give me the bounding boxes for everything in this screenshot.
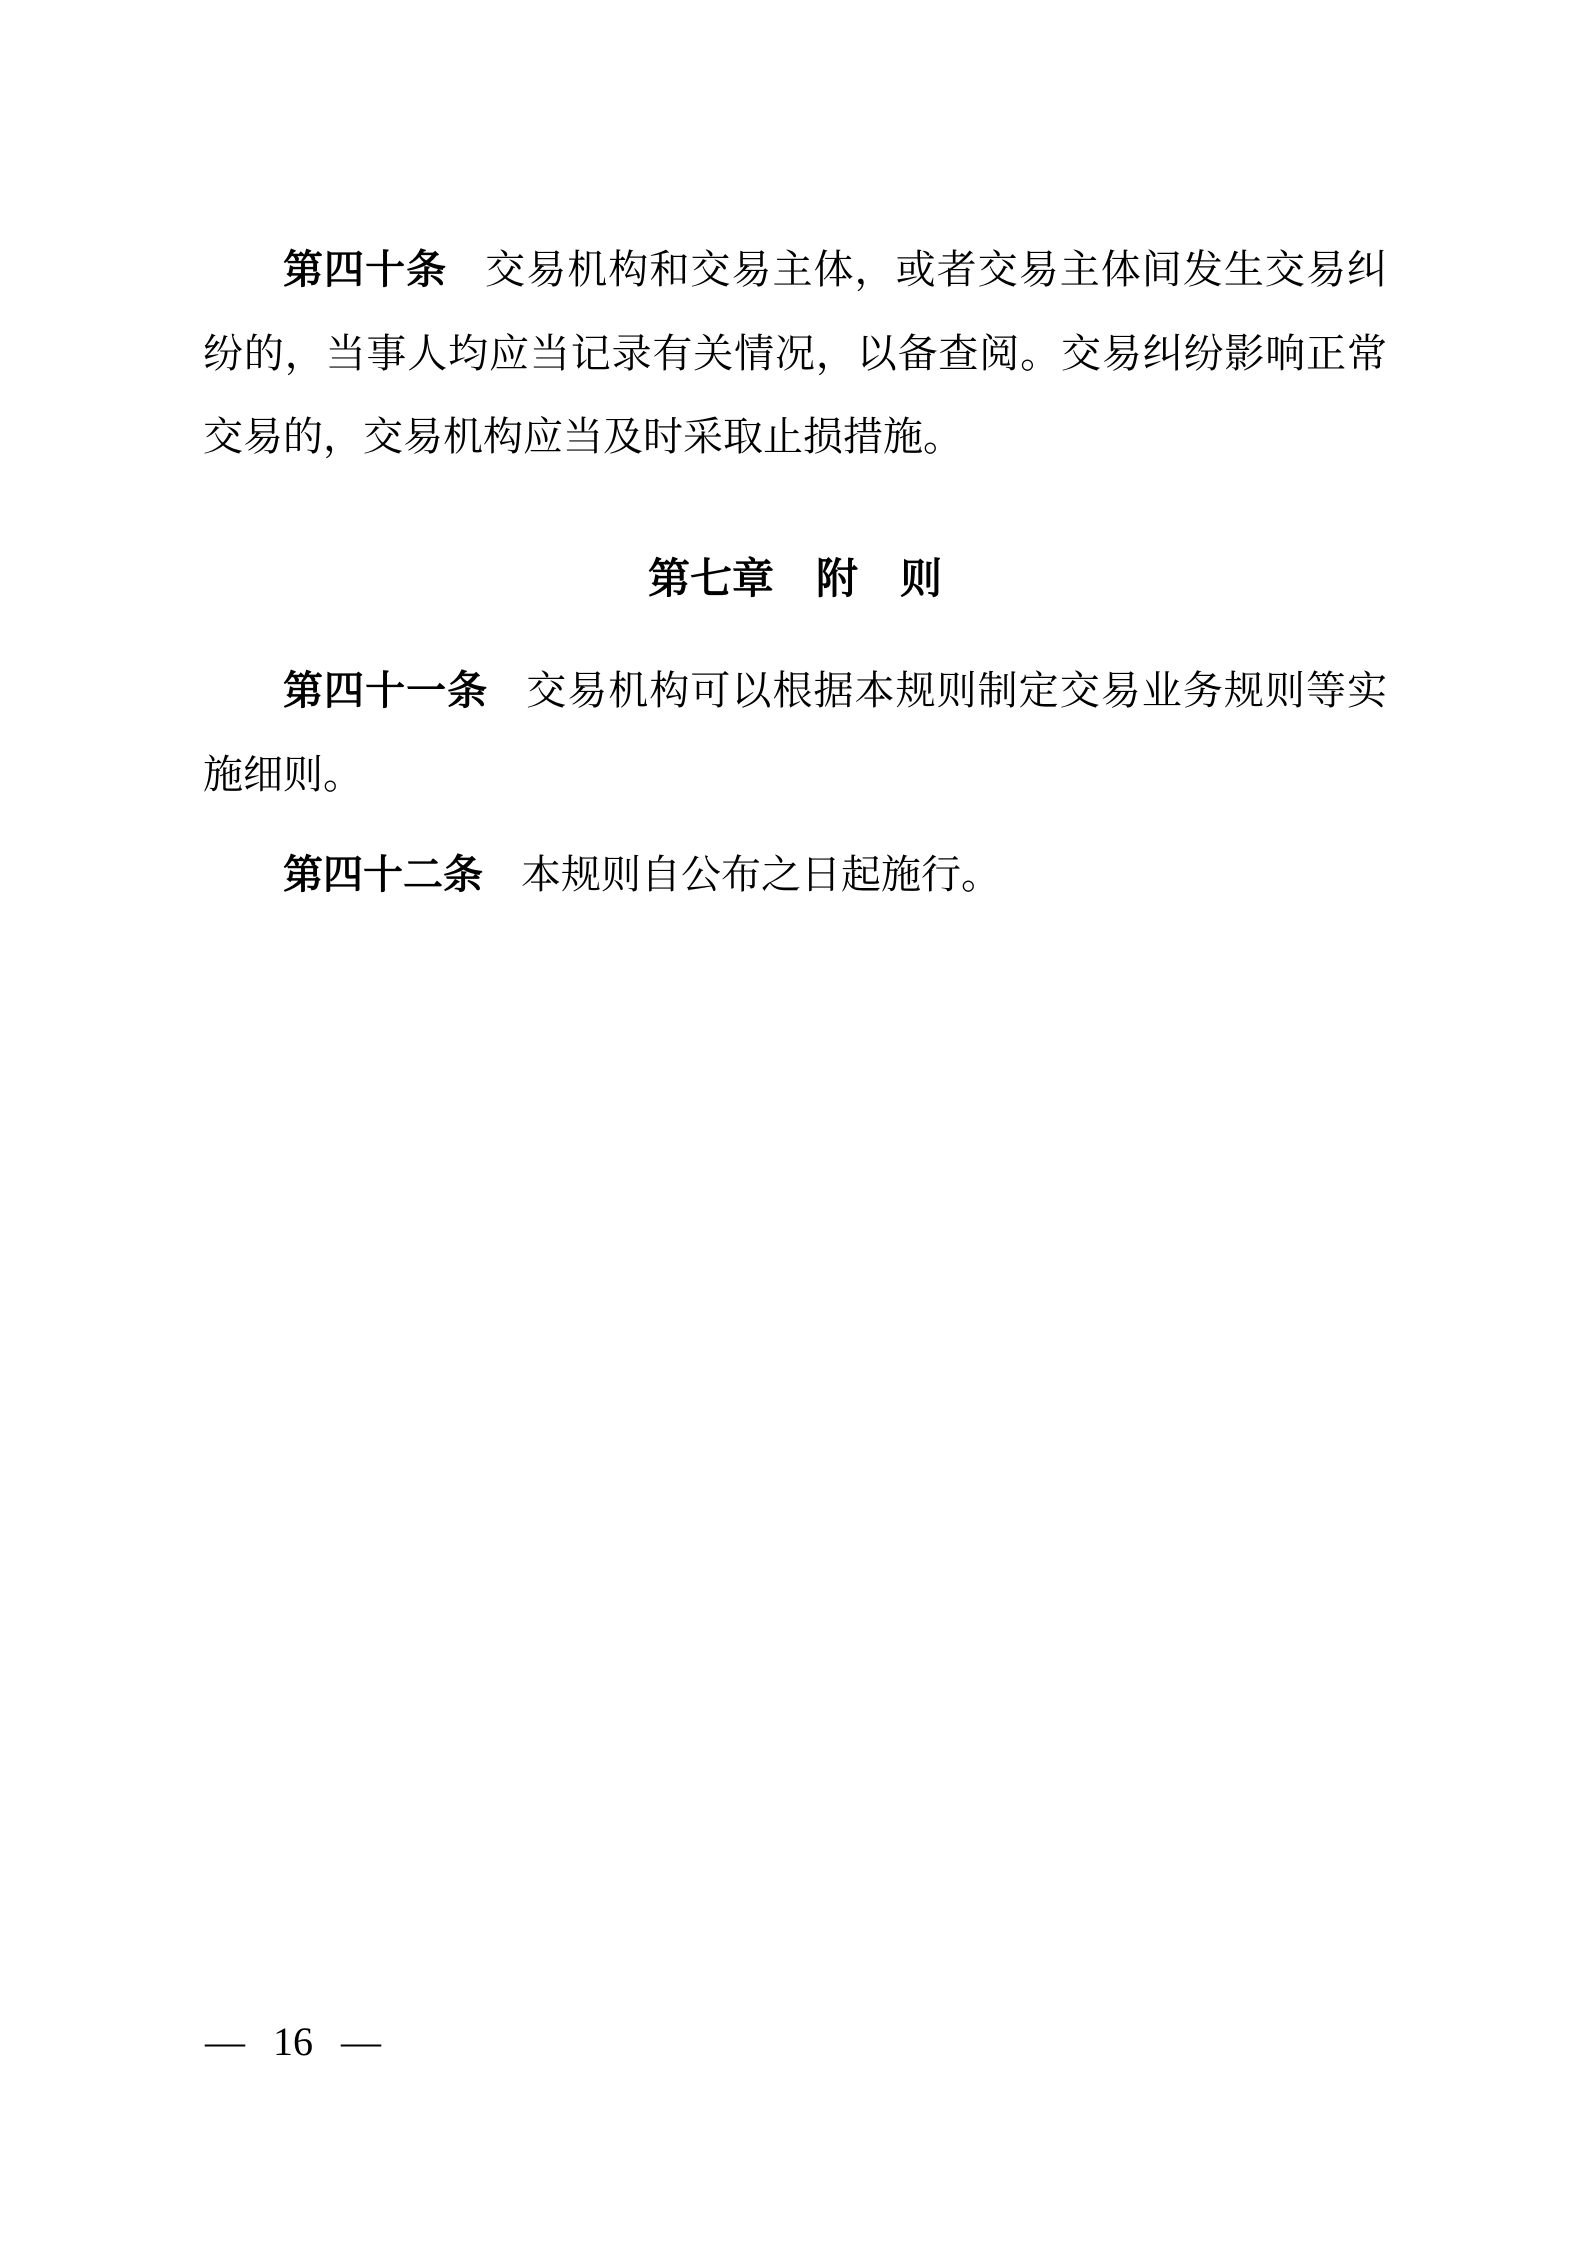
body-text-run: 纷的，当事人均应当记录有关情况，以备查阅。交易纠纷影响正常 [203, 331, 1387, 376]
article-number-bold: 第四十二条 [283, 853, 483, 897]
chapter-heading: 第七章 附 则 [203, 537, 1387, 620]
body-text-run: 施细则。 [203, 752, 363, 797]
page-footer: — 16 — [205, 2018, 381, 2066]
body-text-run: 交易机构可以根据本规则制定交易业务规则等实 [526, 668, 1387, 713]
footer-dash-right: — [341, 2018, 381, 2066]
footer-page-number: 16 [273, 2018, 313, 2066]
body-line: 第四十二条本规则自公布之日起施行。 [203, 833, 1387, 917]
body-line: 纷的，当事人均应当记录有关情况，以备查阅。交易纠纷影响正常 [203, 312, 1387, 395]
article-number-bold: 第四十一条 [283, 669, 488, 713]
body-text-run: 交易机构和交易主体，或者交易主体间发生交易纠 [485, 247, 1387, 292]
body-line: 施细则。 [203, 733, 1387, 816]
article-number-bold: 第四十条 [283, 248, 447, 292]
body-text-run: 本规则自公布之日起施行。 [521, 852, 1001, 897]
chapter-heading-text: 第七章 附 则 [648, 555, 942, 602]
paragraph-article-40: 第四十条交易机构和交易主体，或者交易主体间发生交易纠 纷的，当事人均应当记录有关… [203, 228, 1387, 478]
footer-dash-left: — [205, 2018, 245, 2066]
body-line: 第四十一条交易机构可以根据本规则制定交易业务规则等实 [203, 649, 1387, 733]
paragraph-article-42: 第四十二条本规则自公布之日起施行。 [203, 833, 1387, 917]
document-page: 第四十条交易机构和交易主体，或者交易主体间发生交易纠 纷的，当事人均应当记录有关… [0, 0, 1587, 2245]
paragraph-article-41: 第四十一条交易机构可以根据本规则制定交易业务规则等实 施细则。 [203, 649, 1387, 816]
body-text-run: 交易的，交易机构应当及时采取止损措施。 [203, 414, 963, 459]
document-body: 第四十条交易机构和交易主体，或者交易主体间发生交易纠 纷的，当事人均应当记录有关… [203, 228, 1387, 917]
body-line: 第四十条交易机构和交易主体，或者交易主体间发生交易纠 [203, 228, 1387, 312]
body-line: 交易的，交易机构应当及时采取止损措施。 [203, 395, 1387, 478]
